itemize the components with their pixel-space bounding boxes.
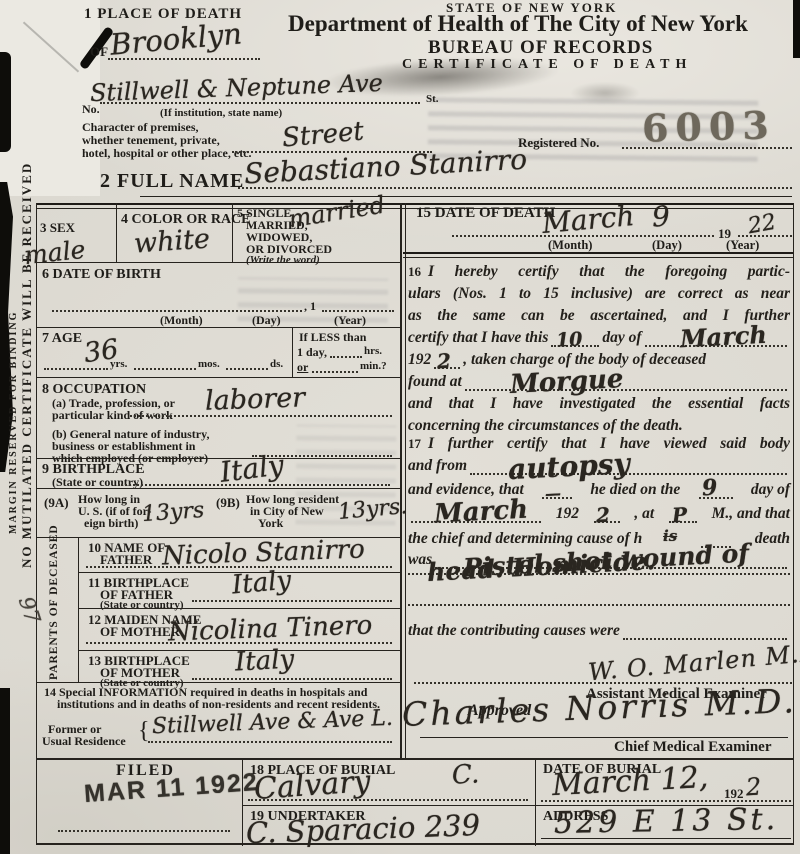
chief-examiner-signature: Charles Norris M.D. xyxy=(401,681,797,734)
month-blank: March xyxy=(645,329,787,347)
dob-month-caption: (Month) xyxy=(160,313,203,328)
date-of-death-year-value: 22 xyxy=(746,210,778,239)
sex-value: male xyxy=(23,235,87,270)
parents-cell-divider xyxy=(78,537,79,682)
age-ds-caption: ds. xyxy=(270,358,283,370)
min-line xyxy=(312,371,358,373)
full-name-underline xyxy=(238,187,792,189)
torn-edge-left-bottom xyxy=(0,688,10,854)
occupation-value: laborer xyxy=(204,382,305,416)
age-label: 7 AGE xyxy=(42,331,82,347)
full-name-label: 2 FULL NAME xyxy=(100,170,244,193)
table-border-right xyxy=(793,203,794,843)
table-bottom-border xyxy=(36,843,794,845)
cell-divider xyxy=(292,327,293,377)
parents-of-deceased-text: PARENTS OF DECEASED xyxy=(48,540,60,680)
how-long-ny-tag: (9B) xyxy=(216,495,240,511)
filed-date-stamp: MAR 11 1922 xyxy=(83,768,259,809)
how-long-us-value: 13yrs xyxy=(141,498,205,527)
premises-label-3: hotel, hospital or other place, etc. xyxy=(82,146,252,161)
found-at-blank: Morgue xyxy=(465,373,787,391)
certify-16-line-2: ulars (Nos. 1 to 15 inclusive) are corre… xyxy=(408,285,790,303)
how-long-ny-value: 13yrs. xyxy=(337,494,408,525)
bureau-title: BUREAU OF RECORDS xyxy=(428,37,653,59)
date-of-death-label: 15 DATE OF DEATH xyxy=(416,205,555,222)
mother-birthplace-value: Italy xyxy=(234,644,295,677)
certify-16-line-7: and that I have investigated the essenti… xyxy=(408,395,790,413)
rule-top-heavy xyxy=(36,203,794,205)
dod-rule-thin xyxy=(403,257,793,258)
father-birthplace-label-3: (State or country) xyxy=(100,599,184,611)
sex-label: 3 SEX xyxy=(40,220,75,236)
address-value: 529 E 13 St. xyxy=(554,802,779,841)
died-year-blank: 2 xyxy=(594,505,620,523)
certify-17-line-2: and from autopsy xyxy=(408,457,790,475)
this-day-value: 10 xyxy=(556,328,584,351)
registered-no-stamp: 6003 xyxy=(641,102,776,150)
column-divider-heavy xyxy=(400,203,402,758)
year-blank: 2 xyxy=(434,351,460,369)
burial-year-value: 2 xyxy=(745,773,762,802)
how-long-ny-label-3: York xyxy=(258,516,283,531)
dob-line xyxy=(52,310,302,312)
department-title: Department of Health of The City of New … xyxy=(288,11,748,37)
died-year-value: 2 xyxy=(596,503,611,528)
certify-17-line-8: that the contributing causes were xyxy=(408,622,790,640)
torn-edge-right-top xyxy=(793,0,800,58)
death-certificate-scan: 1 PLACE OF DEATH OF Brooklyn STATE OF NE… xyxy=(0,0,800,854)
died-month-blank: March xyxy=(411,505,541,523)
charge-year-value: 2 xyxy=(436,349,451,374)
dod-day-caption: (Day) xyxy=(652,238,682,253)
died-day-blank: 9 xyxy=(699,481,733,499)
table-border-left xyxy=(36,203,37,843)
dod-line xyxy=(452,235,714,237)
paper-light-patch xyxy=(0,0,100,196)
this-month-value: March xyxy=(679,320,767,354)
place-of-death-value: Brooklyn xyxy=(109,16,243,61)
bottom-row-top-border xyxy=(36,758,794,760)
certify-16-line-8: concerning the circumstances of the deat… xyxy=(408,417,790,435)
penciled-number: 97 xyxy=(14,594,45,627)
color-race-value: white xyxy=(133,223,211,259)
cause-blank-2: head. Homicide. xyxy=(408,573,790,575)
father-birthplace-value: Italy xyxy=(231,565,293,600)
age-mos-caption: mos. xyxy=(198,358,220,370)
birthplace-line xyxy=(118,484,390,486)
address-underline xyxy=(100,102,420,104)
row-divider xyxy=(78,608,400,609)
age-line xyxy=(134,368,196,370)
date-of-burial-value: March 12, xyxy=(551,760,709,803)
contributing-causes-blank xyxy=(623,622,787,640)
premises-value: Street xyxy=(281,116,365,153)
dob-day-caption: (Day) xyxy=(252,313,281,328)
institution-note: (If institution, state name) xyxy=(160,107,282,119)
dod-year-caption: (Year) xyxy=(726,238,759,253)
marital-label-note: (Write the word) xyxy=(246,254,320,266)
occupation-a-line xyxy=(130,415,392,417)
row-divider xyxy=(36,262,400,263)
dod-rule xyxy=(403,252,793,254)
bottom-cell-divider xyxy=(535,758,536,846)
cell-divider xyxy=(116,203,117,262)
hour-value: P xyxy=(671,503,687,528)
mother-maiden-line xyxy=(86,642,392,644)
dod-month-caption: (Month) xyxy=(548,238,592,253)
hrs-line xyxy=(330,356,362,358)
filed-line xyxy=(58,830,230,832)
chief-signature-line xyxy=(420,737,788,738)
died-month-value: March xyxy=(434,495,530,530)
st-label: St. xyxy=(426,93,439,105)
margin-binding-text: MARGIN RESERVED FOR BINDING xyxy=(8,316,19,534)
certify-17-line-7: head. Homicide. xyxy=(408,573,790,575)
hour-blank: P xyxy=(669,505,697,523)
father-birthplace-line xyxy=(192,600,392,602)
row-divider xyxy=(36,682,400,683)
certify-17-line-3: and evidence, that — he died on the 9 da… xyxy=(408,481,790,499)
date-of-death-day-value: 9 xyxy=(651,200,671,234)
birthplace-value: Italy xyxy=(218,448,285,489)
age-yrs-caption: yrs. xyxy=(110,358,127,370)
if-less-label-1: If LESS than xyxy=(299,330,366,345)
cause-empty-line xyxy=(408,604,790,606)
torn-edge-left-top xyxy=(0,52,11,152)
former-residence-line xyxy=(148,741,392,743)
pronoun-blank: — xyxy=(542,481,572,499)
chief-examiner-title: Chief Medical Examiner xyxy=(614,739,771,756)
certificate-title: CERTIFICATE OF DEATH xyxy=(402,57,692,73)
burial-place-line xyxy=(248,799,528,801)
day-blank: 10 xyxy=(551,329,599,347)
certify-16-line-1: 16I hereby certify that the foregoing pa… xyxy=(408,263,790,281)
date-of-birth-label: 6 DATE OF BIRTH xyxy=(42,267,161,283)
dob-year-line xyxy=(322,310,394,312)
former-residence-label-2: Usual Residence xyxy=(42,734,126,749)
place-underline xyxy=(108,58,260,60)
pronoun-mark: — xyxy=(545,484,562,504)
row-divider xyxy=(36,488,400,489)
viewed-from-blank: autopsy xyxy=(470,457,787,475)
age-line xyxy=(226,368,268,370)
rule-top-thin xyxy=(140,196,792,197)
certify-17-line-4: March 192 2 , at P M., and that xyxy=(408,505,790,523)
father-name-line xyxy=(86,566,392,568)
or-caption: or xyxy=(297,360,308,375)
hrs-caption: hrs. xyxy=(364,345,382,357)
if-less-label-2: 1 day, xyxy=(297,345,327,360)
section-17-number: 17 xyxy=(408,436,421,451)
mother-birthplace-line xyxy=(192,678,392,680)
how-long-us-tag: (9A) xyxy=(44,495,69,511)
assistant-examiner-signature: W. O. Marlen M.D. xyxy=(587,638,800,687)
rule-top-inner xyxy=(36,208,794,209)
place-of-burial-value-2: C. xyxy=(451,759,480,790)
age-line xyxy=(44,368,108,370)
certify-16-line-6: found at Morgue xyxy=(408,373,790,391)
dob-year-caption: (Year) xyxy=(334,313,366,328)
certify-16-line-4: certify that I have this 10 day of March xyxy=(408,329,790,347)
row-divider xyxy=(36,377,400,378)
min-caption: min.? xyxy=(360,360,387,372)
section-16-number: 16 xyxy=(408,264,421,279)
registered-no-label: Registered No. xyxy=(518,135,599,151)
no-label: No. xyxy=(82,102,100,117)
how-long-us-label-3: eign birth) xyxy=(84,516,138,531)
column-divider-thin xyxy=(405,203,406,758)
died-day-value: 9 xyxy=(701,475,718,502)
of-label: OF xyxy=(90,44,108,60)
dob-year-prefix: , 1 xyxy=(304,299,316,314)
row-divider xyxy=(36,327,400,328)
address-line xyxy=(541,838,791,839)
date-of-death-month-value: March xyxy=(541,199,636,240)
